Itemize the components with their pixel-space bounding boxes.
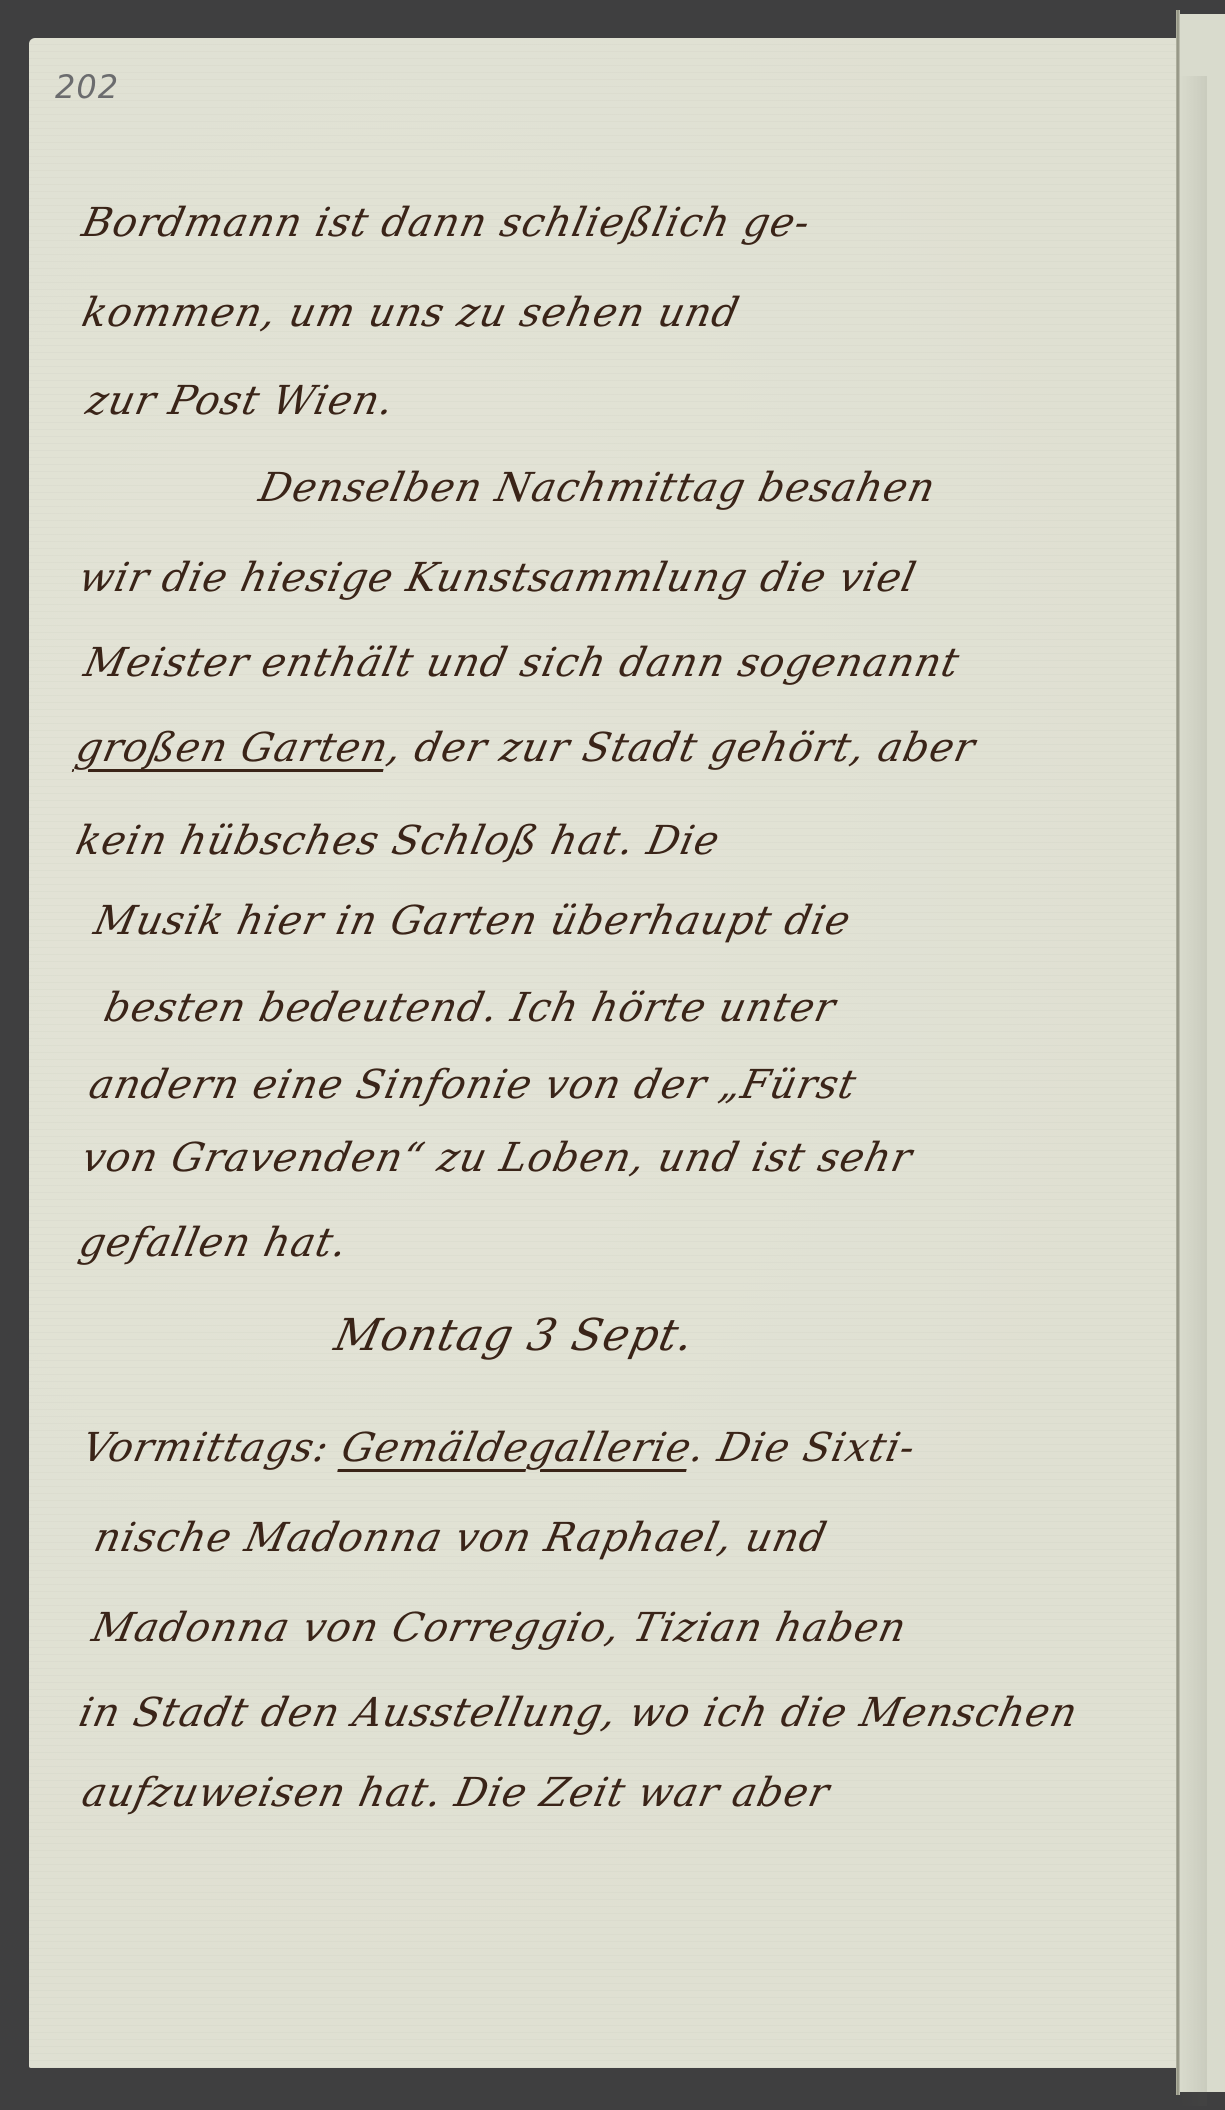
- manuscript-page: [29, 38, 1179, 2068]
- text-line-7: großen Garten, der zur Stadt gehört, abe…: [72, 725, 980, 771]
- date-heading: Montag 3 Sept.: [330, 1310, 699, 1361]
- gutter-shadow: [1179, 76, 1207, 2106]
- text-line-13: gefallen hat.: [75, 1220, 352, 1266]
- text-line-2: kommen, um uns zu sehen und: [78, 290, 744, 336]
- text-line-18: in Stadt den Ausstellung, wo ich die Men…: [75, 1690, 1082, 1736]
- text-line-5: wir die hiesige Kunstsammlung die viel: [75, 555, 921, 601]
- text-line-6: Meister enthält und sich dann sogenannt: [80, 640, 964, 686]
- text-line-3: zur Post Wien.: [82, 378, 398, 424]
- underlined-phrase: Gemäldegallerie: [337, 1425, 696, 1471]
- underlined-phrase: großen Garten: [72, 725, 393, 771]
- folio-number: 202: [55, 68, 119, 106]
- text-line-1: Bordmann ist dann schließlich ge-: [78, 200, 815, 246]
- page-gutter-fold: [1176, 10, 1180, 2095]
- text-line-4: Denselben Nachmittag besahen: [255, 465, 940, 511]
- text-line-12: von Gravenden“ zu Loben, und ist sehr: [78, 1135, 917, 1181]
- text-line-10: besten bedeutend. Ich hörte unter: [100, 985, 840, 1031]
- text-line-8: kein hübsches Schloß hat. Die: [72, 818, 724, 864]
- text-line-15: Vormittags: Gemäldegallerie. Die Sixti-: [78, 1425, 920, 1471]
- text-line-16: nische Madonna von Raphael, und: [90, 1515, 831, 1561]
- text-line-11: andern eine Sinfonie von der „Fürst: [85, 1062, 861, 1108]
- text-line-17: Madonna von Correggio, Tizian haben: [88, 1605, 911, 1651]
- text-line-19: aufzuweisen hat. Die Zeit war aber: [78, 1770, 834, 1816]
- line-rest: . Die Sixti-: [686, 1425, 920, 1471]
- text-line-9: Musik hier in Garten überhaupt die: [90, 898, 855, 944]
- line-start: Vormittags:: [78, 1425, 347, 1471]
- line-rest: , der zur Stadt gehört, aber: [383, 725, 980, 771]
